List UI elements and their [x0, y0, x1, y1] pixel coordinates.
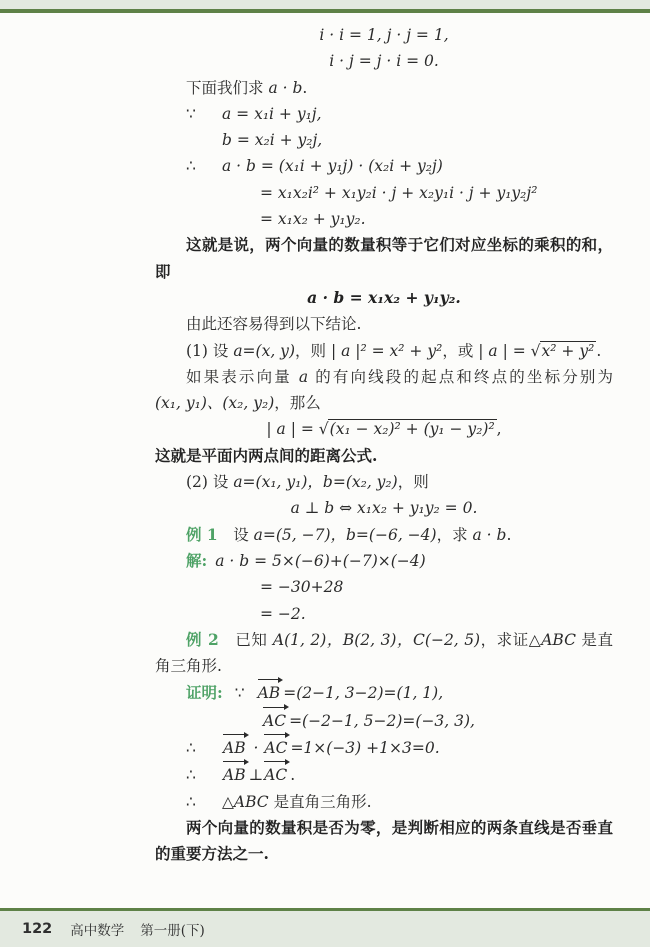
solution-label: 解:: [186, 551, 207, 570]
text-segment: (2) 设: [186, 473, 233, 491]
conclusion-item-2: (2) 设 a=(x₁, y₁)，b=(x₂, y₂)，则: [155, 469, 613, 495]
vector-ab-overline: AB: [222, 761, 249, 788]
text-segment: 的有向线段的起点和终点的坐标分别为: [308, 368, 613, 386]
sqrt-expression: x² + y²: [540, 341, 597, 360]
example2-statement-line-2: 角三角形.: [155, 653, 613, 679]
text-segment: ，或: [442, 342, 478, 360]
example2-proof-line-1: 证明:∵AB=(2−1, 3−2)=(1, 1),: [155, 679, 613, 706]
text-segment: 是直角三角形.: [269, 793, 372, 811]
intro-paragraph: 下面我们求 a · b.: [155, 75, 613, 101]
text-segment: 已知: [219, 631, 273, 649]
text-segment: 两个向量的数量积是否为零，是判断相应的两条直线是否垂直: [186, 818, 613, 837]
text-segment: 是直: [576, 631, 613, 649]
further-paragraph: 由此还容易得到以下结论.: [155, 311, 613, 337]
math-segment: a · b: [268, 79, 302, 97]
formula-text: i · i = 1, j · j = 1,: [319, 26, 448, 44]
text-segment: ，则: [295, 342, 331, 360]
text-segment: 这就是平面内两点间的距离公式.: [155, 446, 377, 465]
because-symbol: ∵: [186, 101, 222, 127]
sqrt-expression: (x₁ − x₂)² + (y₁ − y₂)²: [328, 419, 497, 438]
text-segment: ,: [497, 420, 502, 438]
example2-label: 例 2: [186, 630, 219, 649]
formula-text: i · j = j · i = 0.: [329, 52, 439, 70]
text-segment: ，则: [398, 473, 429, 491]
conclusion-line-2: 即: [155, 259, 613, 285]
volume-label: 第一册(下): [140, 919, 205, 939]
math-segment: b = x₂i + y₂j,: [222, 131, 322, 149]
summary-line-2: 的重要方法之一.: [155, 841, 613, 867]
example2-proof-line-3: ∴AB · AC=1×(−3) +1×3=0.: [155, 734, 613, 761]
vector-ab-overline: AB: [257, 679, 284, 706]
math-segment: = −2.: [260, 605, 306, 623]
derivation-line-a: ∵a = x₁i + y₁j,: [155, 101, 613, 127]
text-segment: 设: [218, 526, 254, 544]
math-segment: a · b = (x₁i + y₁j) · (x₂i + y₂j): [222, 157, 443, 175]
segment-sentence-line-1: 如果表示向量 a 的有向线段的起点和终点的坐标分别为: [155, 364, 613, 390]
text-segment: (1) 设: [186, 342, 233, 360]
derivation-line-b: b = x₂i + y₂j,: [155, 127, 613, 153]
example2-statement-line-1: 例 2 已知 A(1, 2)，B(2, 3)，C(−2, 5)，求证△ABC 是…: [155, 627, 613, 653]
math-segment: | a | =: [266, 420, 318, 438]
math-segment: | a |² = x² + y²: [331, 342, 442, 360]
math-segment: = −30+28: [260, 578, 343, 596]
unit-vector-equation-1: i · i = 1, j · j = 1,: [155, 22, 613, 48]
derivation-line-ab: ∴a · b = (x₁i + y₁j) · (x₂i + y₂j): [155, 153, 613, 179]
formula-text: a ⊥ b ⇔ x₁x₂ + y₁y₂ = 0.: [291, 499, 478, 517]
math-segment: =1×(−3) +1×3=0.: [290, 739, 439, 757]
therefore-symbol: ∴: [186, 762, 222, 788]
math-segment: a · b = 5×(−6)+(−7)×(−4): [215, 552, 425, 570]
example1-solution-line-3: = −2.: [155, 601, 613, 627]
math-segment: = x₁x₂i² + x₁y₂i · j + x₂y₁i · j + y₁y₂j…: [260, 184, 537, 202]
dot-product-formula: a · b = x₁x₂ + y₁y₂.: [155, 285, 613, 311]
text-segment: .: [596, 342, 601, 360]
example1-label: 例 1: [186, 525, 218, 544]
math-segment: △ABC: [222, 793, 269, 811]
page-number: 122: [22, 921, 52, 937]
text-segment: 这就是说，两个向量的数量积等于它们对应坐标的乘积的和，: [186, 235, 613, 254]
example1-statement: 例 1 设 a=(5, −7)，b=(−6, −4)，求 a · b.: [155, 522, 613, 548]
math-segment: | a | =: [478, 342, 530, 360]
text-segment: 的重要方法之一.: [155, 844, 269, 863]
text-segment: ，那么: [274, 394, 321, 412]
text-segment: 如果表示向量: [186, 368, 299, 386]
proof-label: 证明:: [186, 683, 223, 702]
vector-ac-overline: AC: [262, 707, 289, 734]
text-segment: ，求: [437, 526, 473, 544]
math-segment: a=(x, y): [233, 342, 295, 360]
book-title: 高中数学: [70, 919, 124, 939]
example2-proof-line-5: ∴△ABC 是直角三角形.: [155, 789, 613, 815]
example1-solution-line-2: = −30+28: [155, 574, 613, 600]
math-segment: a=(x₁, y₁)，b=(x₂, y₂): [233, 473, 397, 491]
derivation-expand: = x₁x₂i² + x₁y₂i · j + x₂y₁i · j + y₁y₂j…: [155, 180, 613, 206]
conclusion-item-1: (1) 设 a=(x, y)，则 | a |² = x² + y²，或 | a …: [155, 338, 613, 364]
math-segment: ·: [249, 739, 264, 757]
unit-vector-equation-2: i · j = j · i = 0.: [155, 48, 613, 74]
math-segment: a=(5, −7)，b=(−6, −4): [254, 526, 437, 544]
math-segment: (x₁, y₁)、(x₂, y₂): [155, 394, 274, 412]
text-segment: .: [302, 79, 307, 97]
textbook-page: i · i = 1, j · j = 1, i · j = j · i = 0.…: [0, 0, 650, 947]
text-segment: .: [290, 766, 295, 784]
vector-ac-overline: AC: [263, 734, 290, 761]
math-segment: a · b: [473, 526, 507, 544]
therefore-symbol: ∴: [186, 789, 222, 815]
because-symbol: ∵: [235, 684, 245, 702]
text-segment: 由此还容易得到以下结论.: [186, 315, 361, 333]
vector-ac-overline: AC: [263, 761, 290, 788]
distance-formula: | a | = √(x₁ − x₂)² + (y₁ − y₂)²,: [155, 416, 613, 442]
text-segment: 即: [155, 262, 171, 281]
text-segment: 下面我们求: [186, 79, 268, 97]
text-segment: 角三角形.: [155, 657, 222, 675]
conclusion-line-1: 这就是说，两个向量的数量积等于它们对应坐标的乘积的和，: [155, 232, 613, 258]
perpendicular-symbol: ⊥: [249, 766, 264, 784]
math-segment: a: [299, 368, 308, 386]
math-segment: △ABC: [529, 631, 576, 649]
math-segment: A(1, 2)，B(2, 3)，C(−2, 5): [273, 631, 480, 649]
formula-text: a · b = x₁x₂ + y₁y₂.: [307, 288, 461, 307]
page-footer: 122 高中数学 第一册(下): [0, 908, 650, 947]
text-segment: .: [506, 526, 511, 544]
example2-proof-line-2: AC=(−2−1, 5−2)=(−3, 3),: [155, 707, 613, 734]
summary-line-1: 两个向量的数量积是否为零，是判断相应的两条直线是否垂直: [155, 815, 613, 841]
therefore-symbol: ∴: [186, 735, 222, 761]
text-segment: ，求证: [480, 631, 529, 649]
derivation-result: = x₁x₂ + y₁y₂.: [155, 206, 613, 232]
distance-note: 这就是平面内两点间的距离公式.: [155, 443, 613, 469]
perpendicular-formula: a ⊥ b ⇔ x₁x₂ + y₁y₂ = 0.: [155, 495, 613, 521]
example2-proof-line-4: ∴AB⊥AC.: [155, 761, 613, 788]
therefore-symbol: ∴: [186, 153, 222, 179]
page-top-border: [0, 0, 650, 13]
example1-solution-line-1: 解:a · b = 5×(−6)+(−7)×(−4): [155, 548, 613, 574]
math-segment: a = x₁i + y₁j,: [222, 105, 322, 123]
vector-ab-overline: AB: [222, 734, 249, 761]
math-segment: =(−2−1, 5−2)=(−3, 3),: [289, 712, 475, 730]
math-segment: =(2−1, 3−2)=(1, 1),: [283, 684, 443, 702]
math-segment: = x₁x₂ + y₁y₂.: [260, 210, 366, 228]
page-body: i · i = 1, j · j = 1, i · j = j · i = 0.…: [155, 22, 613, 868]
segment-sentence-line-2: (x₁, y₁)、(x₂, y₂)，那么: [155, 390, 613, 416]
